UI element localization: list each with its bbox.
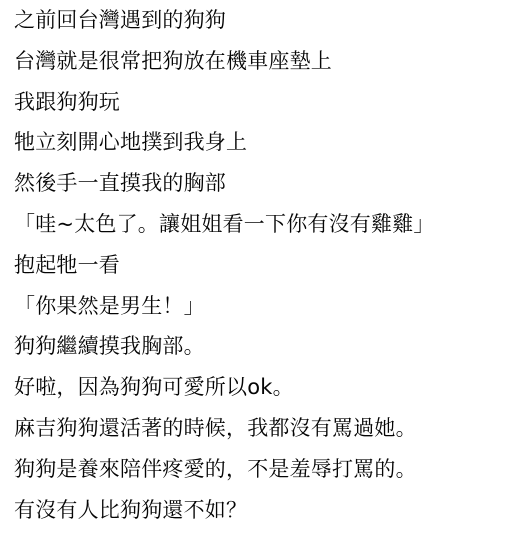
text-line: 狗狗是養來陪伴疼愛的，不是羞辱打罵的。 bbox=[14, 449, 504, 490]
post-text-body: 之前回台灣遇到的狗狗 台灣就是很常把狗放在機車座墊上 我跟狗狗玩 牠立刻開心地撲… bbox=[0, 0, 514, 530]
text-line: 好啦，因為狗狗可愛所以ok。 bbox=[14, 367, 504, 408]
text-line: 我跟狗狗玩 bbox=[14, 82, 504, 123]
text-line: 麻吉狗狗還活著的時候，我都沒有罵過她。 bbox=[14, 408, 504, 449]
text-line: 狗狗繼續摸我胸部。 bbox=[14, 326, 504, 367]
text-line: 有沒有人比狗狗還不如？ bbox=[14, 490, 504, 531]
text-line: 台灣就是很常把狗放在機車座墊上 bbox=[14, 41, 504, 82]
text-line: 然後手一直摸我的胸部 bbox=[14, 163, 504, 204]
text-line: 之前回台灣遇到的狗狗 bbox=[14, 0, 504, 41]
text-line: 「哇~太色了。讓姐姐看一下你有沒有雞雞」 bbox=[14, 204, 504, 245]
text-line: 「你果然是男生！」 bbox=[14, 286, 504, 327]
text-line: 抱起牠一看 bbox=[14, 245, 504, 286]
text-line: 牠立刻開心地撲到我身上 bbox=[14, 122, 504, 163]
